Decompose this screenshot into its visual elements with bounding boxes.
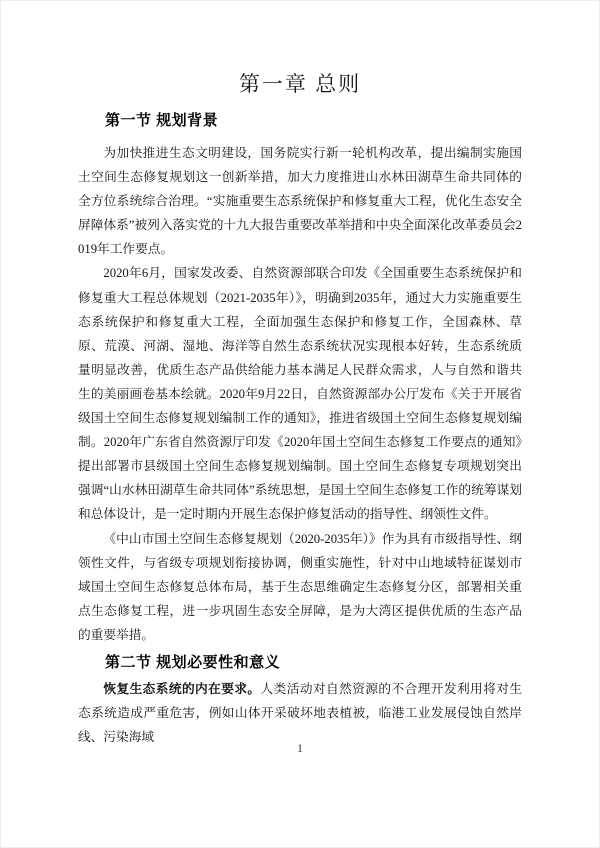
paragraph-lead-bold: 恢复生态系统的内在要求。 xyxy=(103,682,260,696)
chapter-title: 第一章 总则 xyxy=(78,71,522,97)
section-heading-necessity-significance: 第二节 规划必要性和意义 xyxy=(105,653,522,673)
paragraph-background-2: 2020年6月，国家发改委、自然资源部联合印发《全国重要生态系统保护和修复重大工… xyxy=(78,261,522,526)
paragraph-necessity-1: 恢复生态系统的内在要求。人类活动对自然资源的不合理开发利用将对生态系统造成严重危… xyxy=(78,677,522,749)
paragraph-background-3: 《中山市国土空间生态修复规划（2020-2035年）》作为具有市级指导性、纲领性… xyxy=(78,527,522,647)
paragraph-background-1: 为加快推进生态文明建设，国务院实行新一轮机构改革，提出编制实施国土空间生态修复规… xyxy=(78,141,522,261)
document-page: 第一章 总则 第一节 规划背景 为加快推进生态文明建设，国务院实行新一轮机构改革… xyxy=(0,0,600,848)
section-heading-planning-background: 第一节 规划背景 xyxy=(105,111,522,131)
page-number: 1 xyxy=(0,740,600,756)
